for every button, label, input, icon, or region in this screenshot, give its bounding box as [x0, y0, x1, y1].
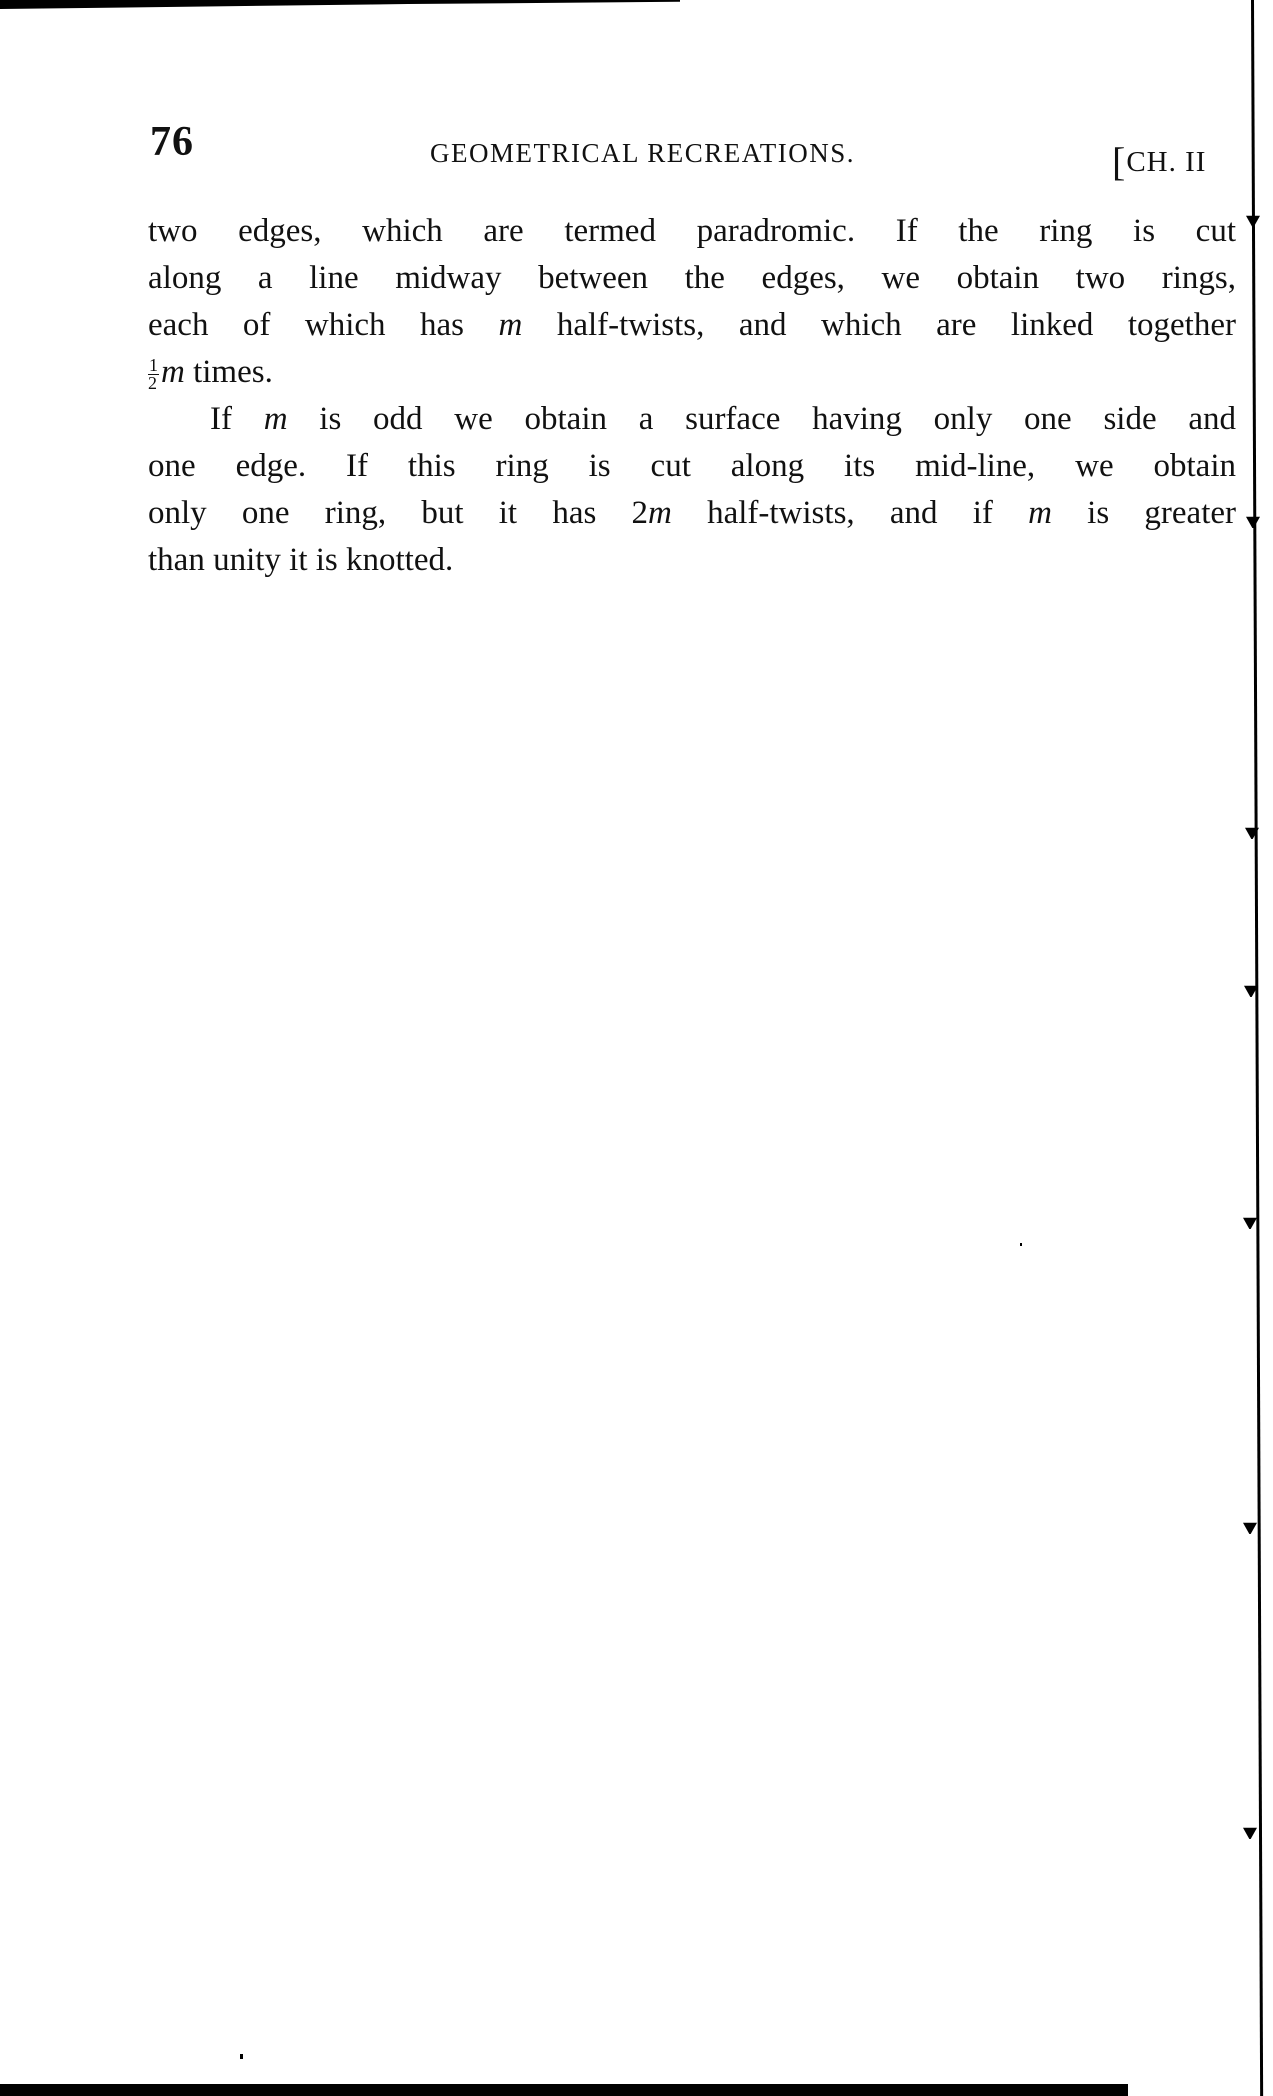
text-segment: is greater — [1052, 495, 1236, 531]
text-segment: half-twists, and which are linked togeth… — [522, 307, 1236, 343]
text-line: each of which has m half-twists, and whi… — [148, 302, 1236, 349]
edge-ornament — [1243, 1215, 1257, 1229]
text-segment: each of which has — [148, 307, 499, 343]
body-text: two edges, which are termed paradromic. … — [148, 208, 1236, 584]
text-line: along a line midway between the edges, w… — [148, 255, 1236, 302]
text-segment: times. — [185, 354, 273, 390]
scan-bottom-edge — [0, 2084, 1128, 2096]
fraction-one-half: 12 — [148, 357, 159, 392]
text-segment: half-twists, and if — [672, 495, 1028, 531]
text-segment: If — [210, 401, 264, 437]
scan-right-edge-rule — [1251, 0, 1263, 2096]
fraction-denominator: 2 — [148, 375, 159, 392]
math-variable: m — [648, 495, 672, 531]
scan-speck — [1020, 1243, 1022, 1246]
scan-speck — [240, 2054, 243, 2059]
chapter-bracket: [ — [1112, 139, 1126, 184]
text-line: two edges, which are termed paradromic. … — [148, 208, 1236, 255]
math-variable: m — [1028, 495, 1052, 531]
math-variable: m — [161, 354, 185, 390]
chapter-text: CH. II — [1126, 146, 1206, 178]
scan-top-edge — [0, 0, 680, 9]
paragraph-1: two edges, which are termed paradromic. … — [148, 208, 1236, 396]
edge-ornament — [1243, 1825, 1257, 1839]
text-segment: is odd we obtain a surface having only o… — [288, 401, 1236, 437]
paragraph-2: If m is odd we obtain a surface having o… — [148, 396, 1236, 584]
math-variable: m — [264, 401, 288, 437]
chapter-label: [CH. II — [1112, 134, 1206, 181]
text-line: only one ring, but it has 2m half-twists… — [148, 490, 1236, 537]
text-line: 12m times. — [148, 349, 1236, 396]
page-number: 76 — [150, 118, 194, 166]
text-segment: only one ring, but it has 2 — [148, 495, 648, 531]
text-line: If m is odd we obtain a surface having o… — [148, 396, 1236, 443]
text-line: one edge. If this ring is cut along its … — [148, 443, 1236, 490]
edge-ornament — [1243, 1520, 1257, 1534]
math-variable: m — [499, 307, 523, 343]
running-title: GEOMETRICAL RECREATIONS. — [430, 138, 855, 169]
text-line: than unity it is knotted. — [148, 537, 1236, 584]
